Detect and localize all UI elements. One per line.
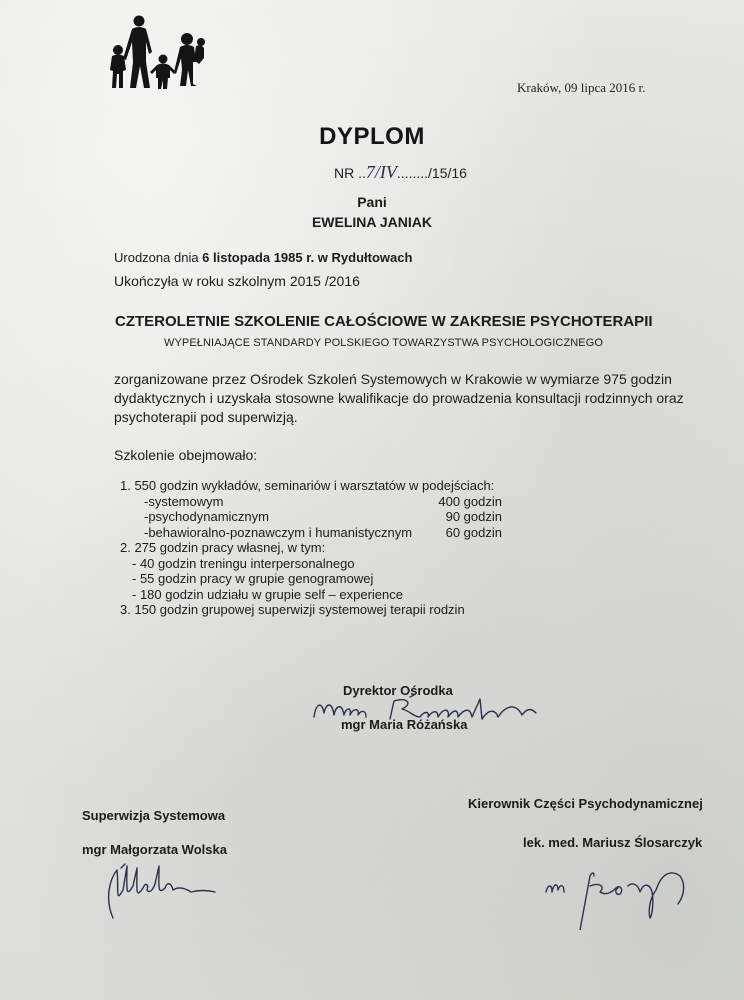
handwritten-number: 7/IV bbox=[366, 162, 397, 182]
family-silhouette-icon bbox=[104, 14, 214, 90]
course-subtitle: WYPEŁNIAJĄCE STANDARDY POLSKIEGO TOWARZY… bbox=[164, 337, 603, 349]
curriculum-item: 3. 150 godzin grupowej superwizji system… bbox=[120, 602, 502, 618]
curriculum-label: Szkolenie obejmowało: bbox=[114, 447, 257, 463]
diploma-number: NR ..7/IV......../15/16 bbox=[334, 162, 467, 183]
psychodynamic-head-signature bbox=[540, 862, 690, 930]
number-dots-after: ........ bbox=[397, 165, 428, 181]
curriculum-item-text: - 180 godzin udziału w grupie self – exp… bbox=[132, 587, 403, 602]
supervision-name: mgr Małgorzata Wolska bbox=[82, 842, 227, 857]
curriculum-item-text: - 55 godzin pracy w grupie genogramowej bbox=[132, 571, 373, 586]
description-line: psychoterapii pod superwizją. bbox=[114, 408, 684, 427]
course-title: CZTEROLETNIE SZKOLENIE CAŁOŚCIOWE W ZAKR… bbox=[115, 313, 653, 330]
number-prefix: NR bbox=[334, 165, 354, 181]
supervision-signature bbox=[95, 860, 225, 920]
curriculum-subitem: - 55 godzin pracy w grupie genogramowej bbox=[120, 571, 502, 587]
document-title: DYPLOM bbox=[0, 123, 744, 151]
curriculum-hours: 90 godzin bbox=[446, 509, 502, 525]
number-suffix: /15/16 bbox=[428, 165, 467, 181]
curriculum-item-text: 1. 550 godzin wykładów, seminariów i war… bbox=[120, 478, 494, 493]
diploma-page: Kraków, 09 lipca 2016 r. DYPLOM NR ..7/I… bbox=[0, 0, 744, 1000]
birth-prefix: Urodzona dnia bbox=[114, 250, 202, 265]
birth-details: 6 listopada 1985 r. w Rydułtowach bbox=[202, 250, 412, 265]
description-paragraph: zorganizowane przez Ośrodek Szkoleń Syst… bbox=[114, 370, 684, 427]
description-line: dydaktycznych i uzyskała stosowne kwalif… bbox=[114, 389, 684, 408]
psychodynamic-head-name: lek. med. Mariusz Ślosarczyk bbox=[523, 835, 702, 850]
recipient-name: EWELINA JANIAK bbox=[0, 214, 744, 230]
psychodynamic-head-role: Kierownik Części Psychodynamicznej bbox=[468, 796, 703, 811]
curriculum-item-text: 2. 275 godzin pracy własnej, w tym: bbox=[120, 540, 325, 555]
curriculum-hours: 400 godzin bbox=[438, 494, 502, 510]
graduation-year: Ukończyła w roku szkolnym 2015 /2016 bbox=[114, 273, 360, 289]
curriculum-list: 1. 550 godzin wykładów, seminariów i war… bbox=[120, 478, 502, 618]
curriculum-item: 2. 275 godzin pracy własnej, w tym: bbox=[120, 540, 502, 556]
supervision-role: Superwizja Systemowa bbox=[82, 808, 225, 823]
curriculum-subitem: - 40 godzin treningu interpersonalnego bbox=[120, 556, 502, 572]
number-dots-before: .. bbox=[354, 165, 366, 181]
curriculum-item-text: -behawioralno-poznawczym i humanistyczny… bbox=[144, 525, 412, 540]
curriculum-item-text: 3. 150 godzin grupowej superwizji system… bbox=[120, 602, 465, 617]
curriculum-item: 1. 550 godzin wykładów, seminariów i war… bbox=[120, 478, 502, 494]
salutation: Pani bbox=[0, 194, 744, 210]
director-name: mgr Maria Różańska bbox=[341, 717, 467, 732]
curriculum-subitem: -psychodynamicznym90 godzin bbox=[120, 509, 502, 525]
place-and-date: Kraków, 09 lipca 2016 r. bbox=[517, 80, 645, 96]
birth-info: Urodzona dnia 6 listopada 1985 r. w Rydu… bbox=[114, 250, 412, 265]
curriculum-item-text: -psychodynamicznym bbox=[144, 509, 269, 524]
curriculum-item-text: -systemowym bbox=[144, 494, 223, 509]
curriculum-subitem: -behawioralno-poznawczym i humanistyczny… bbox=[120, 525, 502, 541]
description-line: zorganizowane przez Ośrodek Szkoleń Syst… bbox=[114, 370, 684, 389]
curriculum-subitem: - 180 godzin udziału w grupie self – exp… bbox=[120, 587, 502, 603]
curriculum-item-text: - 40 godzin treningu interpersonalnego bbox=[132, 556, 355, 571]
curriculum-subitem: -systemowym400 godzin bbox=[120, 494, 502, 510]
curriculum-hours: 60 godzin bbox=[446, 525, 502, 541]
